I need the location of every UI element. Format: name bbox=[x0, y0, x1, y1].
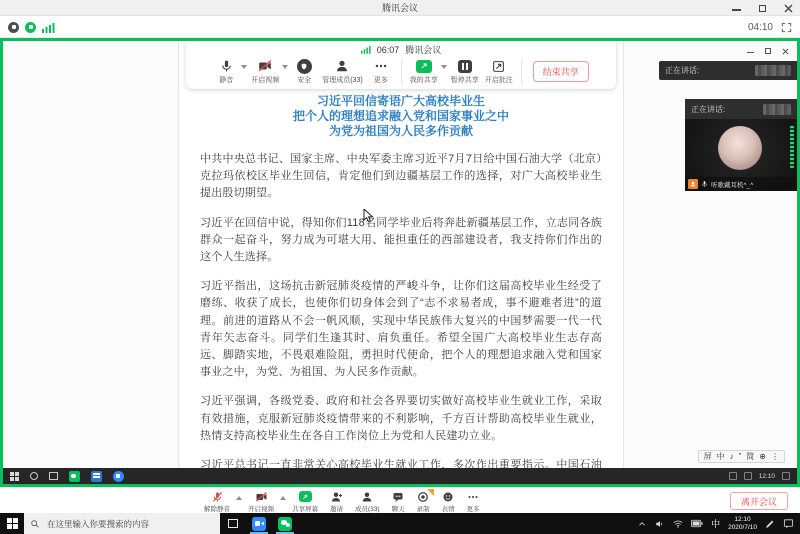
share-options-caret[interactable] bbox=[441, 65, 447, 69]
speaker-names-blur bbox=[755, 65, 791, 76]
windows-logo-icon bbox=[7, 518, 18, 529]
annotate-icon bbox=[492, 58, 505, 74]
taskbar-search-box[interactable] bbox=[24, 513, 220, 534]
tray-expand-icon[interactable] bbox=[637, 519, 647, 529]
security-button[interactable]: 安全 bbox=[289, 58, 319, 85]
action-center-icon[interactable] bbox=[783, 518, 794, 529]
emoji-button[interactable]: 表情 bbox=[436, 490, 461, 513]
close-icon[interactable] bbox=[782, 2, 794, 14]
system-tray: 中 12:10 2020/7/10 bbox=[637, 516, 800, 531]
toolbar-divider bbox=[521, 60, 522, 84]
meeting-share-toolbar: 06:07 腾讯会议 静音 bbox=[186, 40, 616, 89]
unmute-button[interactable]: 解除静音 bbox=[198, 490, 236, 513]
camera-off-icon bbox=[257, 58, 273, 74]
share-toolbar-status: 06:07 腾讯会议 bbox=[186, 42, 616, 57]
shared-screen-clock: 12:10 bbox=[759, 473, 775, 480]
network-signal-icon bbox=[361, 45, 371, 54]
start-video-button[interactable]: 开启视频 bbox=[248, 58, 282, 85]
chat-icon bbox=[392, 490, 404, 503]
document-title-line: 为党为祖国为人民多作贡献 bbox=[200, 124, 602, 139]
search-icon[interactable] bbox=[30, 472, 38, 480]
document-title-line: 习近平回信寄语广大高校毕业生 bbox=[200, 94, 602, 109]
members-button[interactable]: 成员(33) bbox=[349, 490, 386, 513]
invite-icon bbox=[331, 490, 343, 503]
close-icon[interactable] bbox=[782, 48, 789, 55]
leave-meeting-button[interactable]: 离开会议 bbox=[730, 492, 788, 510]
document-title: 习近平回信寄语广大高校毕业生 把个人的理想追求融入党和国家事业之中 为党为祖国为… bbox=[200, 94, 602, 139]
shared-document-page: 习近平回信寄语广大高校毕业生 把个人的理想追求融入党和国家事业之中 为党为祖国为… bbox=[178, 41, 624, 484]
meeting-lock-icon[interactable] bbox=[25, 22, 36, 33]
tray-icon[interactable] bbox=[729, 472, 737, 480]
ime-mode-item[interactable]: ” bbox=[739, 451, 742, 462]
chat-button[interactable]: 聊天 bbox=[386, 490, 411, 513]
avatar bbox=[718, 126, 762, 170]
minimize-icon[interactable] bbox=[730, 2, 742, 14]
mini-window-controls bbox=[659, 45, 797, 57]
meeting-timer: 04:10 bbox=[748, 22, 773, 33]
document-paragraph: 中共中央总书记、国家主席、中央军委主席习近平7月7日给中国石油大学（北京）克拉玛… bbox=[200, 151, 602, 203]
host-badge-icon bbox=[688, 179, 698, 189]
speaking-bar[interactable]: 正在讲话: bbox=[659, 61, 797, 80]
start-button[interactable] bbox=[0, 513, 24, 534]
speaker-names-blur bbox=[763, 104, 791, 115]
speaking-label: 正在讲话: bbox=[691, 104, 725, 115]
shield-icon bbox=[297, 59, 312, 74]
mic-options-caret[interactable] bbox=[241, 65, 247, 69]
end-share-button[interactable]: 结束共享 bbox=[533, 61, 589, 82]
windows-taskbar: 中 12:10 2020/7/10 bbox=[0, 513, 800, 534]
ime-language-indicator[interactable]: 中 bbox=[711, 517, 720, 530]
more-icon bbox=[374, 58, 388, 74]
taskbar-meeting-app[interactable] bbox=[246, 513, 272, 534]
mute-button[interactable]: 静音 bbox=[211, 58, 241, 85]
mouse-cursor bbox=[363, 209, 374, 223]
ime-mode-item[interactable]: ⋮ bbox=[771, 451, 779, 462]
taskbar-time: 12:10 bbox=[734, 516, 750, 523]
members-icon bbox=[361, 490, 373, 503]
taskbar-clock[interactable]: 12:10 2020/7/10 bbox=[728, 516, 757, 531]
meeting-app-icon[interactable] bbox=[113, 471, 124, 482]
ime-mode-item[interactable]: 简 bbox=[746, 451, 754, 462]
toolbar-divider bbox=[401, 60, 402, 84]
participant-name: 听歌戴耳机^_^ bbox=[711, 180, 753, 189]
docs-app-icon[interactable] bbox=[91, 471, 102, 482]
my-share-button[interactable]: 我的共享 bbox=[407, 58, 441, 85]
manage-members-button[interactable]: 管理成员(33) bbox=[319, 58, 365, 85]
more-button[interactable]: 更多 bbox=[366, 58, 396, 85]
record-new-badge bbox=[427, 489, 434, 496]
wechat-app-icon[interactable] bbox=[69, 471, 80, 482]
video-options-caret[interactable] bbox=[282, 65, 288, 69]
camera-off-icon bbox=[255, 490, 268, 503]
audio-level-meter bbox=[790, 126, 794, 168]
fullscreen-icon[interactable] bbox=[781, 22, 792, 33]
screen-share-icon bbox=[299, 491, 312, 502]
document-paragraph: 习近平指出，这场抗击新冠肺炎疫情的严峻斗争，让你们这届高校毕业生经受了磨练、收获… bbox=[200, 278, 602, 381]
share-app-name: 腾讯会议 bbox=[405, 43, 441, 56]
more-icon bbox=[467, 490, 479, 503]
speaking-floating-panel: 正在讲话: bbox=[659, 45, 797, 80]
volume-icon[interactable] bbox=[655, 519, 665, 529]
meeting-info-icon[interactable] bbox=[8, 22, 19, 33]
ime-mode-item[interactable]: 中 bbox=[717, 451, 725, 462]
share-duration: 06:07 bbox=[377, 45, 400, 55]
start-button-icon[interactable] bbox=[10, 472, 19, 481]
members-icon bbox=[335, 58, 349, 74]
microphone-icon bbox=[220, 58, 233, 74]
record-button[interactable]: 录制 bbox=[411, 490, 436, 513]
window-titlebar: 腾讯会议 bbox=[0, 0, 800, 16]
tray-icon[interactable] bbox=[744, 472, 752, 480]
more-button[interactable]: 更多 bbox=[461, 490, 486, 513]
ime-mode-item[interactable]: ♪ bbox=[730, 451, 734, 462]
invite-button[interactable]: 邀请 bbox=[324, 490, 349, 513]
emoji-icon bbox=[442, 490, 454, 503]
tencent-meeting-window: 腾讯会议 04:10 习 bbox=[0, 0, 800, 534]
task-view-button[interactable] bbox=[220, 513, 246, 534]
minimize-icon[interactable] bbox=[747, 52, 754, 54]
document-paragraph: 习近平强调，各级党委、政府和社会各界要切实做好高校毕业生就业工作，采取有效措施，… bbox=[200, 393, 602, 445]
taskbar-wechat-app[interactable] bbox=[272, 513, 298, 534]
screen-share-icon bbox=[416, 60, 432, 73]
document-title-line: 把个人的理想追求融入党和国家事业之中 bbox=[200, 109, 602, 124]
battery-icon[interactable] bbox=[691, 519, 703, 528]
share-screen-button[interactable]: 共享屏幕 bbox=[286, 490, 324, 513]
active-speaker-panel[interactable]: 正在讲话: 听歌戴耳机^_^ bbox=[685, 99, 797, 191]
windows-ink-icon[interactable] bbox=[765, 519, 775, 529]
search-input[interactable] bbox=[45, 518, 205, 530]
meeting-control-bar: 解除静音 开启视频 共享屏幕 bbox=[0, 487, 800, 513]
shared-screen-area: 习近平回信寄语广大高校毕业生 把个人的理想追求融入党和国家事业之中 为党为祖国为… bbox=[0, 38, 800, 487]
meeting-status-bar: 04:10 bbox=[0, 17, 800, 38]
microphone-icon bbox=[701, 180, 708, 188]
window-title: 腾讯会议 bbox=[382, 1, 418, 14]
wechat-app-icon bbox=[278, 517, 292, 531]
meeting-app-icon bbox=[252, 517, 266, 531]
network-icon[interactable] bbox=[673, 519, 683, 529]
ime-mode-item[interactable]: ⊕ bbox=[759, 451, 766, 462]
pause-share-button[interactable]: 暂停共享 bbox=[448, 58, 482, 85]
tray-icon[interactable] bbox=[782, 472, 790, 480]
search-icon bbox=[30, 519, 40, 529]
mic-muted-icon bbox=[212, 490, 223, 503]
start-video-button[interactable]: 开启视频 bbox=[242, 490, 280, 513]
maximize-icon[interactable] bbox=[765, 48, 771, 54]
network-signal-icon bbox=[42, 22, 55, 33]
speaker-video-thumbnail[interactable]: 听歌戴耳机^_^ bbox=[685, 119, 797, 191]
ime-mode-item[interactable]: 屏 bbox=[704, 451, 712, 462]
task-view-icon[interactable] bbox=[49, 472, 58, 480]
ime-toolbar[interactable]: 屏 中 ♪ ” 简 ⊕ ⋮ bbox=[698, 450, 785, 463]
taskbar-date: 2020/7/10 bbox=[728, 524, 757, 531]
speaking-label: 正在讲话: bbox=[665, 65, 699, 76]
pause-icon bbox=[458, 60, 472, 73]
annotate-button[interactable]: 开启批注 bbox=[482, 58, 516, 85]
window-controls bbox=[730, 0, 794, 16]
shared-screen-taskbar: 12:10 bbox=[3, 468, 797, 484]
maximize-icon[interactable] bbox=[756, 2, 768, 14]
document-paragraph: 习近平在回信中说，得知你们118名同学毕业后将奔赴新疆基层工作，立志同各族群众一… bbox=[200, 215, 602, 267]
